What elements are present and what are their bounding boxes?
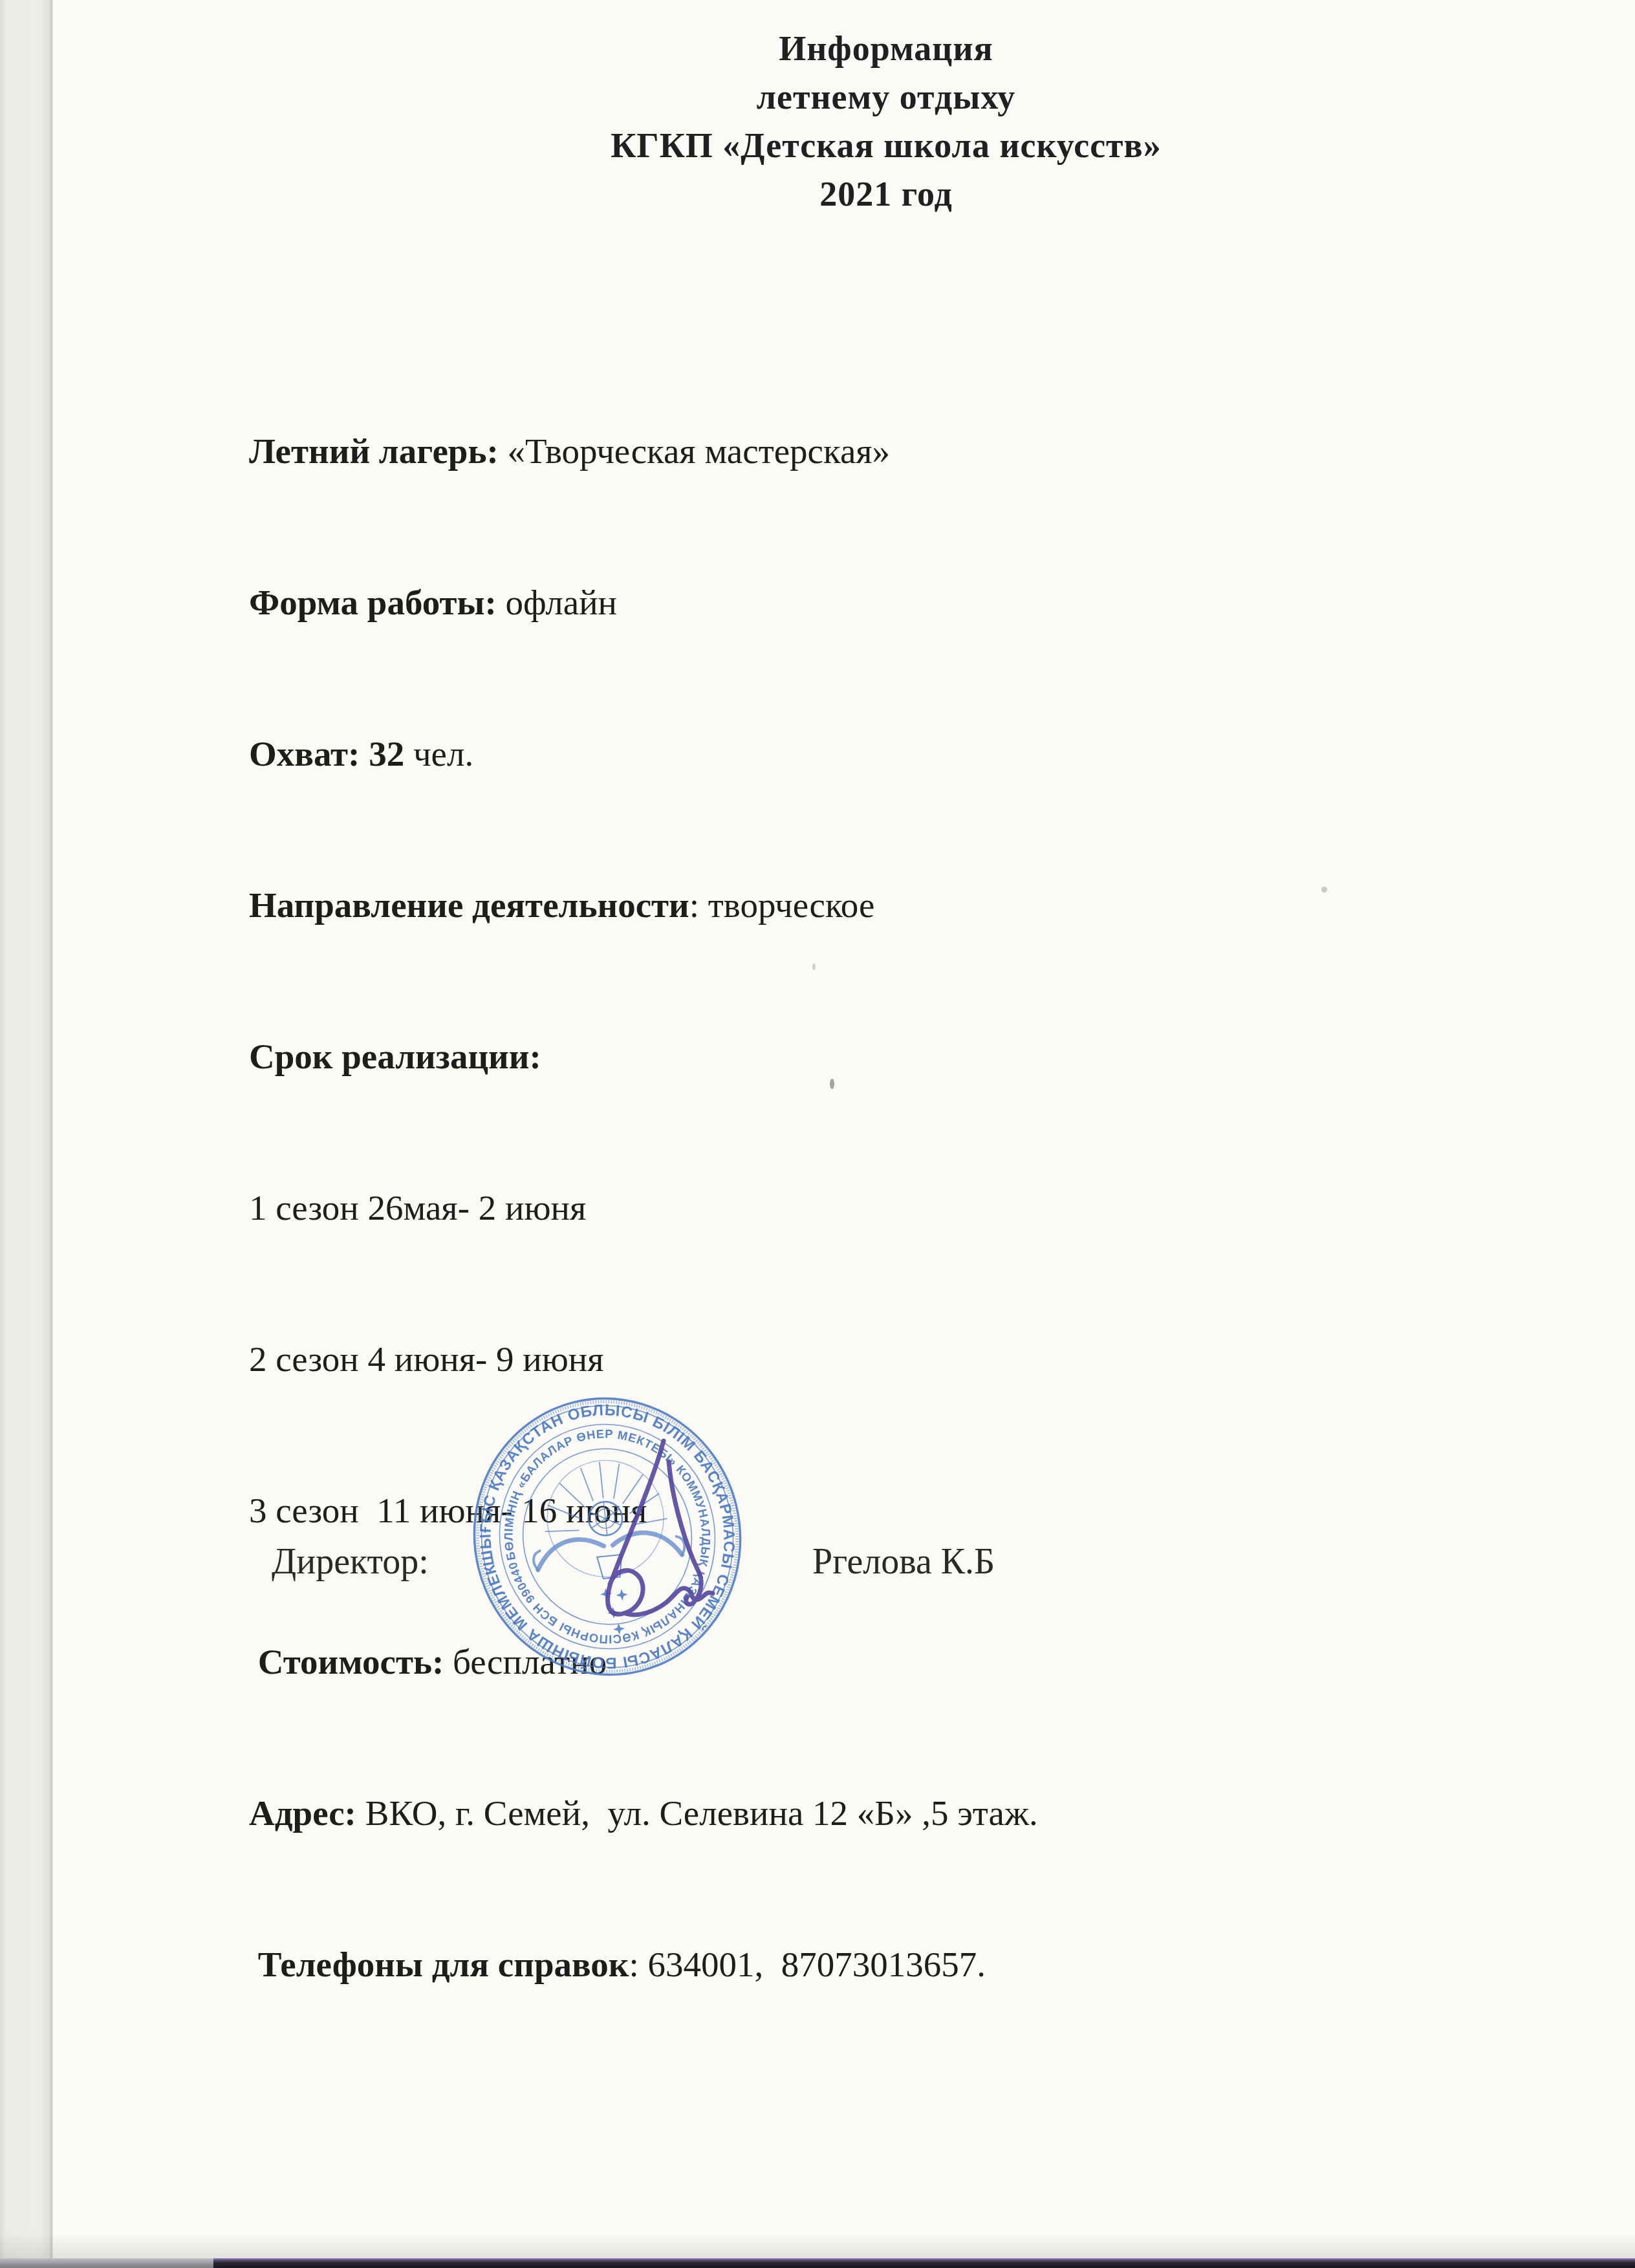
- official-stamp: ШЫҒЫС ҚАЗАҚСТАН ОБЛЫСЫ БІЛІМ БАСҚАРМАСЫ …: [468, 1389, 767, 1688]
- field-line-season-2: 2 сезон 4 июня- 9 июня: [249, 1334, 1543, 1385]
- title-line: КГКП «Детская школа искусств»: [252, 122, 1520, 170]
- field-line-period: Срок реализации:: [249, 1031, 1543, 1082]
- field-label: Срок реализации:: [249, 1037, 541, 1076]
- scan-edge-bottom: [213, 2258, 1635, 2268]
- field-label: Адрес:: [249, 1793, 356, 1833]
- field-value: чел.: [404, 734, 473, 773]
- field-line-camp-name: Летний лагерь: «Творческая мастерская»: [249, 426, 1543, 477]
- field-value: ВКО, г. Семей, ул. Селевина 12 «Б» ,5 эт…: [356, 1793, 1038, 1833]
- field-value: «Творческая мастерская»: [499, 431, 890, 471]
- field-line-address: Адрес: ВКО, г. Семей, ул. Селевина 12 «Б…: [249, 1788, 1543, 1839]
- field-label: Направление деятельности: [249, 885, 689, 925]
- field-label: Летний лагерь:: [249, 431, 499, 471]
- field-line-coverage: Охват: 32 чел.: [249, 729, 1543, 779]
- title-line: Информация: [252, 25, 1520, 73]
- document-title: Информация летнему отдыху КГКП «Детская …: [252, 25, 1520, 219]
- field-label: Охват: 32: [249, 734, 404, 773]
- field-value: : 634001, 87073013657.: [629, 1945, 986, 1984]
- title-line: 2021 год: [252, 170, 1520, 219]
- director-label: Директор:: [272, 1541, 429, 1582]
- scanned-document-page: Информация летнему отдыху КГКП «Детская …: [0, 0, 1635, 2268]
- document-body: Летний лагерь: «Творческая мастерская» Ф…: [249, 325, 1543, 2091]
- field-label: Телефоны для справок: [249, 1945, 629, 1984]
- director-name: Ргелова К.Б: [812, 1541, 995, 1582]
- field-line-cost: Стоимость: бесплатно: [249, 1637, 1543, 1687]
- field-line-season-3: 3 сезон 11 июня- 16 июня: [249, 1485, 1543, 1536]
- scan-bottom-shadow: [0, 2232, 1635, 2260]
- title-line: летнему отдыху: [252, 73, 1520, 122]
- scan-edge-bottom-left: [0, 2258, 213, 2268]
- field-value: 2 сезон 4 июня- 9 июня: [249, 1339, 604, 1379]
- field-line-activity: Направление деятельности: творческое: [249, 880, 1543, 931]
- field-label: Стоимость:: [249, 1642, 444, 1681]
- field-value: 1 сезон 26мая- 2 июня: [249, 1188, 586, 1227]
- scan-edge-left: [0, 0, 53, 2268]
- field-value: офлайн: [497, 583, 617, 622]
- field-line-season-1: 1 сезон 26мая- 2 июня: [249, 1183, 1543, 1233]
- field-line-work-format: Форма работы: офлайн: [249, 578, 1543, 628]
- field-label: Форма работы:: [249, 583, 497, 622]
- field-value: : творческое: [689, 885, 875, 925]
- field-line-phones: Телефоны для справок: 634001, 8707301365…: [249, 1939, 1543, 1990]
- stamp-ring-texts: ШЫҒЫС ҚАЗАҚСТАН ОБЛЫСЫ БІЛІМ БАСҚАРМАСЫ …: [468, 1389, 766, 1688]
